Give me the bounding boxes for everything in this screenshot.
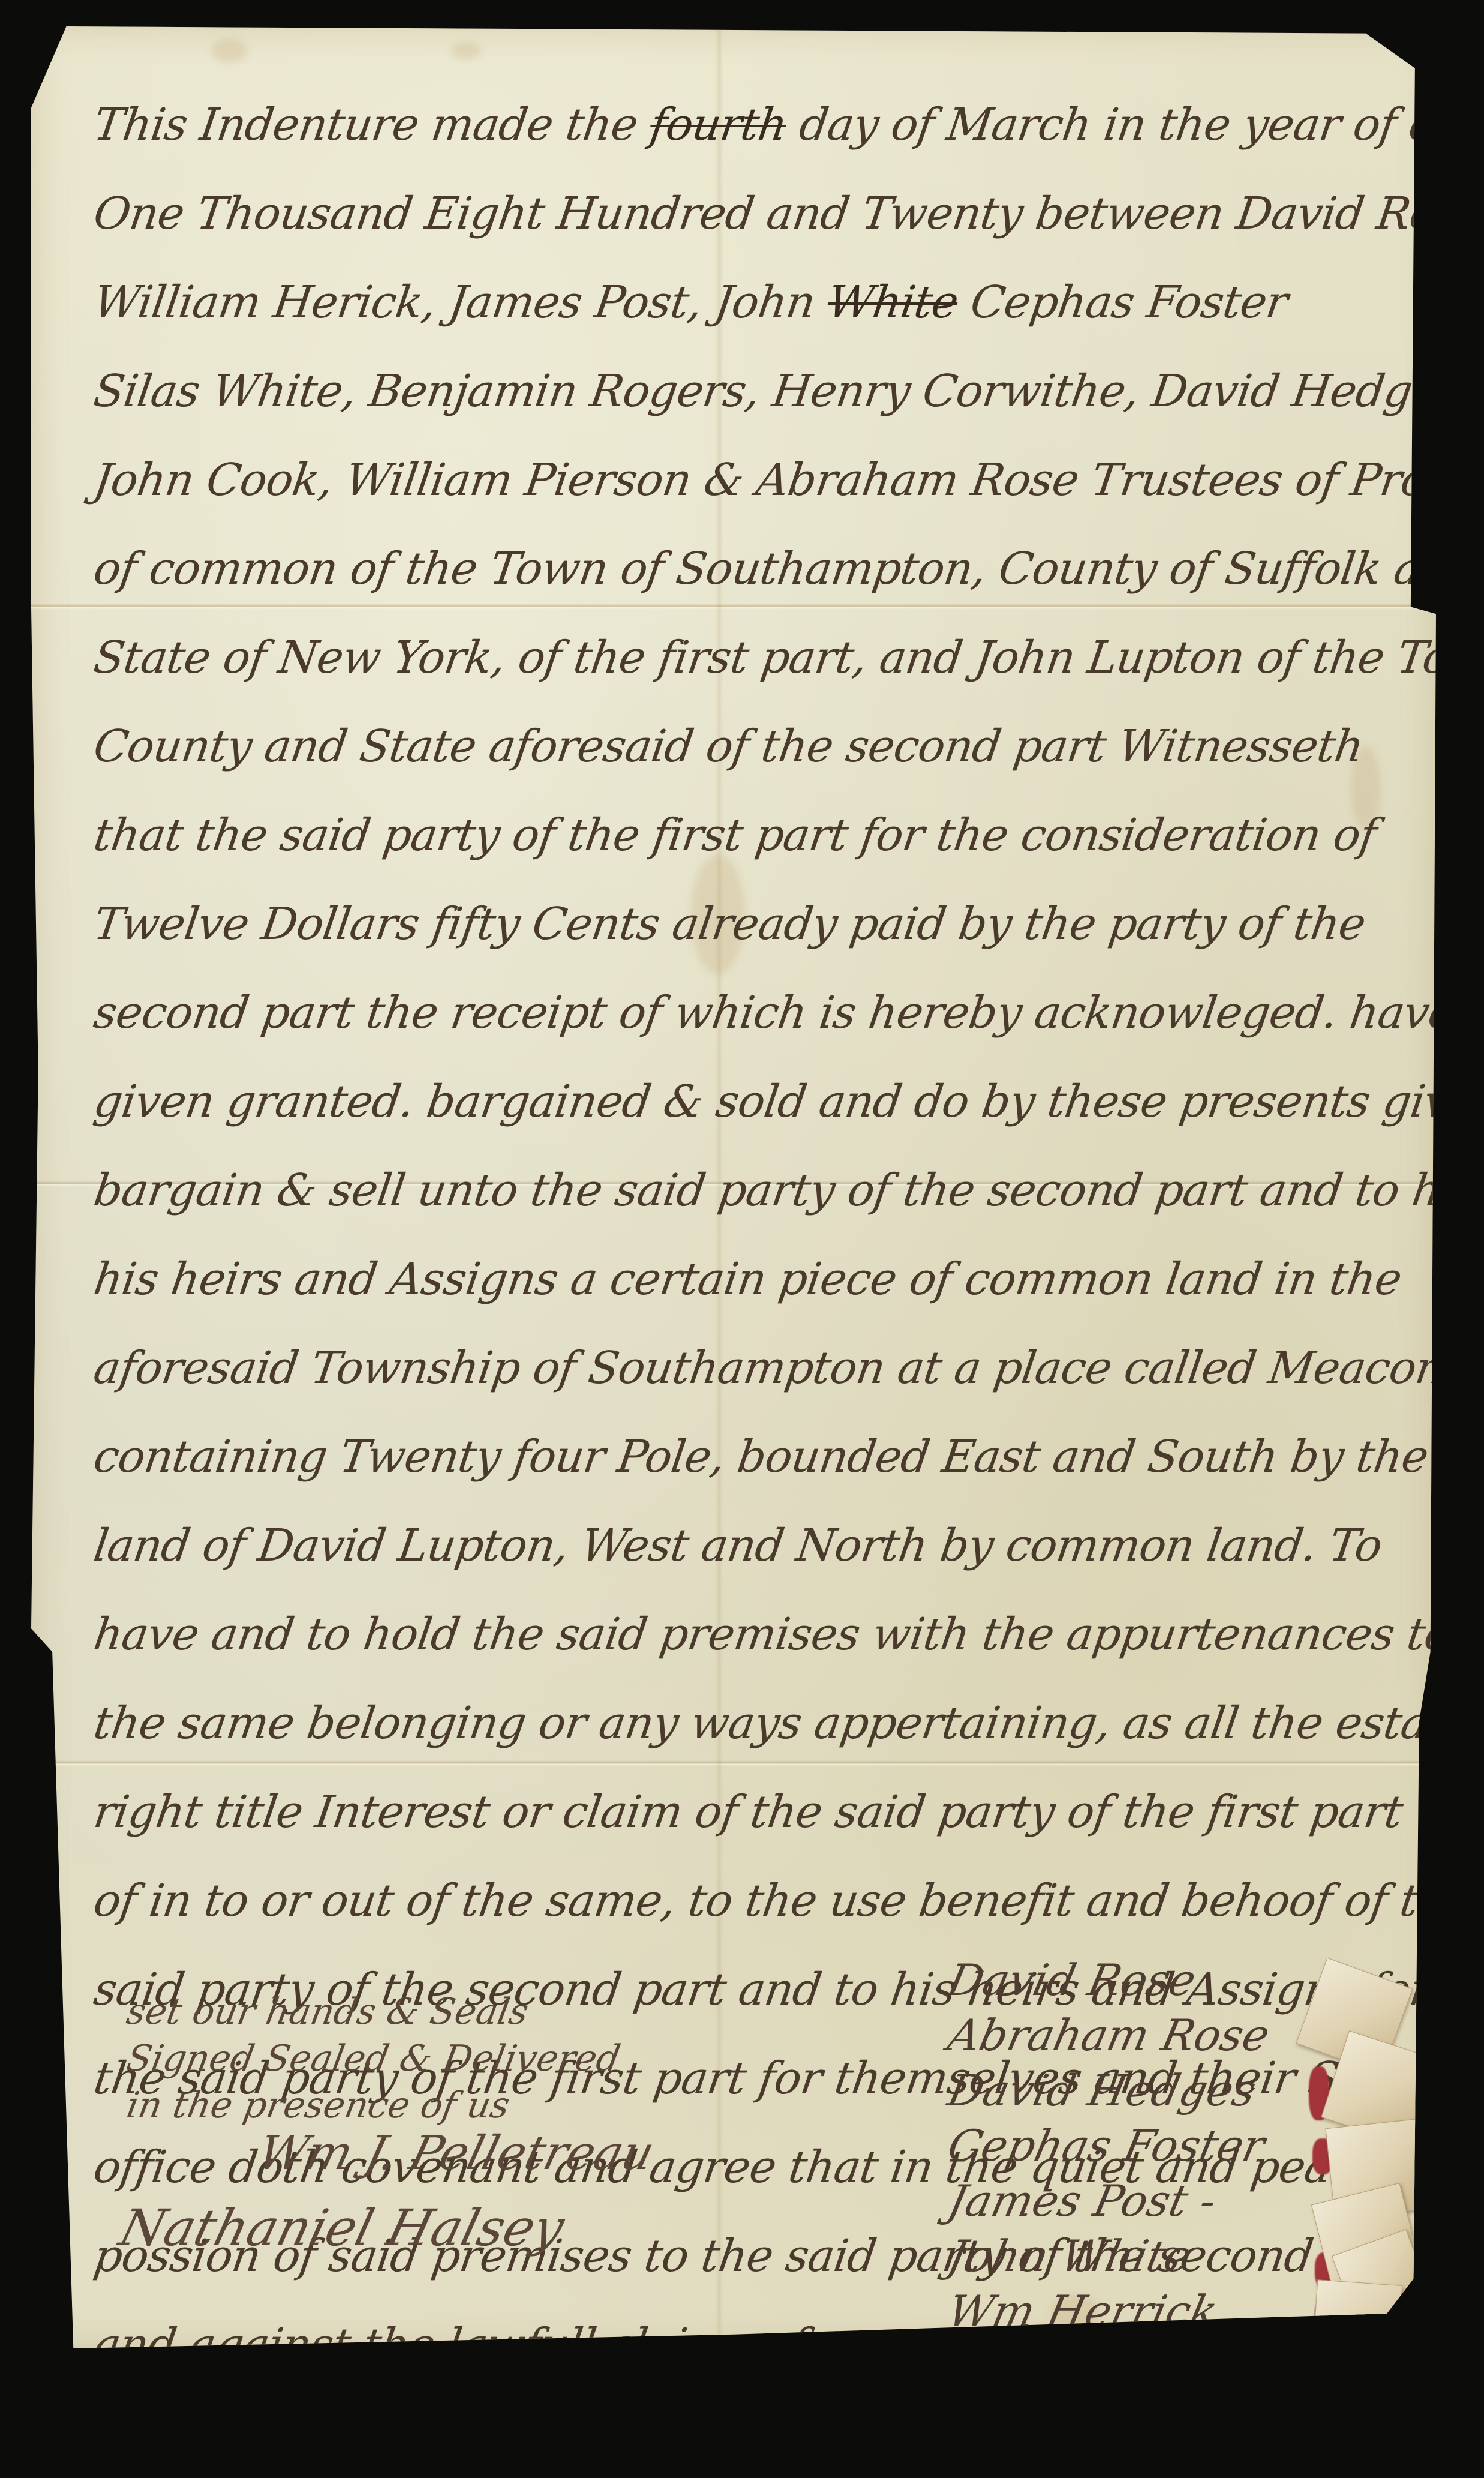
signature-cephas-foster: Cephas Foster — [943, 2118, 1275, 2173]
paper-seal — [1312, 2279, 1402, 2359]
closing-line: Signed Sealed & Delivered — [123, 2035, 624, 2082]
body-line-21: of in to or out of the same, to the use … — [88, 1856, 1420, 1945]
body-line-7: State of New York, of the first part, an… — [88, 613, 1420, 702]
signature-david-rose: David Rose — [943, 1952, 1275, 2008]
foxing-stain — [211, 38, 247, 62]
body-line-16: containing Twenty four Pole, bounded Eas… — [88, 1412, 1420, 1501]
body-line-1: This Indenture made the fourth day of Ma… — [88, 80, 1420, 169]
closing-line: set our hands & Seals — [123, 1988, 624, 2035]
attestation-clause: set our hands & Seals Signed Sealed & De… — [127, 1988, 620, 2129]
body-line-5: John Cook, William Pierson & Abraham Ros… — [88, 436, 1420, 524]
witness-signature: Nathaniel Halsey — [114, 2198, 570, 2257]
body-line-6: of common of the Town of Southampton, Co… — [88, 524, 1420, 613]
body-line-4: Silas White, Benjamin Rogers, Henry Corw… — [88, 347, 1420, 436]
struck-word: fourth — [647, 99, 790, 151]
indenture-document: This Indenture made the fourth day of Ma… — [31, 26, 1436, 2348]
signature-wm-herrick: Wm Herrick — [943, 2284, 1275, 2339]
body-line-11: second part the receipt of which is here… — [88, 968, 1420, 1057]
witness-signature: Wm J. Pelletreau — [253, 2126, 660, 2180]
body-line-19: the same belonging or any ways appertain… — [88, 1679, 1420, 1768]
signature-james-post: James Post - — [943, 2173, 1275, 2228]
body-line-10: Twelve Dollars fifty Cents already paid … — [88, 880, 1420, 968]
body-line-17: land of David Lupton, West and North by … — [88, 1501, 1420, 1590]
body-line-15: aforesaid Township of Southampton at a p… — [88, 1324, 1420, 1412]
body-line-13: bargain & sell unto the said party of th… — [88, 1146, 1420, 1235]
closing-line: in the presence of us — [123, 2082, 624, 2129]
body-line-3: William Herick, James Post, John White C… — [88, 258, 1420, 347]
signature-abraham-rose: Abraham Rose — [943, 2008, 1275, 2063]
body-line-8: County and State aforesaid of the second… — [88, 702, 1420, 791]
body-line-9: that the said party of the first part fo… — [88, 791, 1420, 880]
trustee-signatures: David Rose Abraham Rose David Hedges Cep… — [949, 1952, 1269, 2339]
signature-david-hedges: David Hedges — [943, 2063, 1275, 2118]
body-line-18: have and to hold the said premises with … — [88, 1590, 1420, 1679]
signature-john-white: John White — [943, 2228, 1275, 2284]
body-line-20: right title Interest or claim of the sai… — [88, 1768, 1420, 1856]
wax-seals — [1297, 1958, 1477, 2366]
body-line-14: his heirs and Assigns a certain piece of… — [88, 1235, 1420, 1324]
body-line-12: given granted. bargained & sold and do b… — [88, 1057, 1420, 1146]
foxing-stain — [451, 41, 481, 59]
body-line-2: One Thousand Eight Hundred and Twenty be… — [88, 169, 1420, 258]
struck-word: White — [824, 277, 961, 328]
